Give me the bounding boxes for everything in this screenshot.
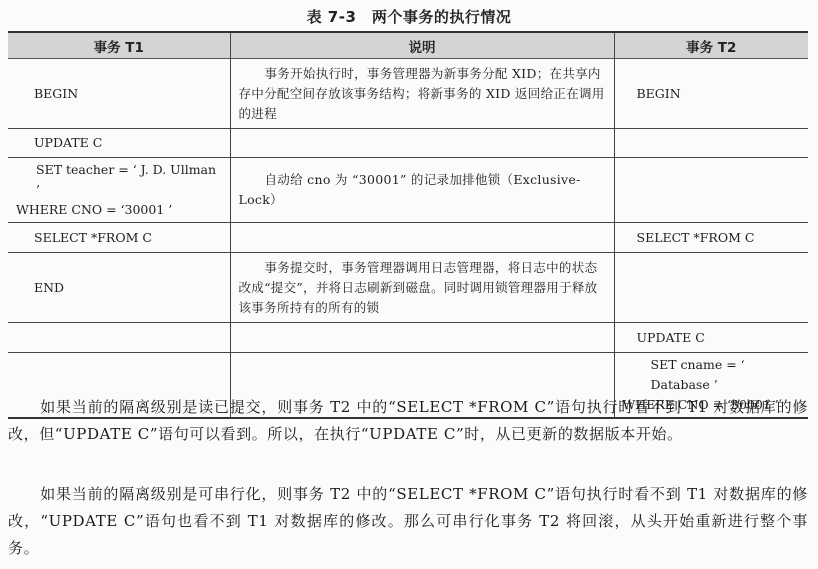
t1-statement: BEGIN	[34, 86, 78, 101]
transaction-table: 事务 T1 说明 事务 T2 BEGIN 事务开始执行时，事务管理器为新事务分配…	[8, 31, 808, 419]
cell-t2	[614, 129, 808, 158]
header-description: 说明	[230, 32, 614, 59]
table-row: SELECT *FROM C SELECT *FROM C	[8, 223, 808, 253]
table-caption: 表 7-3 两个事务的执行情况	[0, 6, 818, 27]
table-header-row: 事务 T1 说明 事务 T2	[8, 32, 808, 59]
t1-statement-line: SET teacher = ‘ J. D. Ullman ’	[18, 160, 222, 200]
cell-description	[230, 129, 614, 158]
cell-t2: UPDATE C	[614, 323, 808, 353]
description-text: 事务提交时，事务管理器调用日志管理器，将日志中的状态改成“提交”，并将日志刷新到…	[239, 260, 598, 315]
cell-description	[230, 223, 614, 253]
cell-description: 自动给 cno 为 “30001” 的记录加排他锁（Exclusive-Lock…	[230, 158, 614, 223]
cell-description	[230, 323, 614, 353]
paragraph-text: 如果当前的隔离级别是可串行化，则事务 T2 中的“SELECT *FROM C”…	[8, 485, 808, 557]
cell-t2: BEGIN	[614, 59, 808, 129]
cell-t1: BEGIN	[8, 59, 230, 129]
t1-statement: END	[34, 280, 64, 295]
paragraph-text: 如果当前的隔离级别是读已提交，则事务 T2 中的“SELECT *FROM C”…	[8, 398, 808, 443]
header-t2: 事务 T2	[614, 32, 808, 59]
paragraph-serializable: 如果当前的隔离级别是可串行化，则事务 T2 中的“SELECT *FROM C”…	[8, 481, 808, 562]
cell-t2	[614, 253, 808, 323]
table-row: BEGIN 事务开始执行时，事务管理器为新事务分配 XID；在共享内存中分配空间…	[8, 59, 808, 129]
paragraph-read-committed: 如果当前的隔离级别是读已提交，则事务 T2 中的“SELECT *FROM C”…	[8, 394, 808, 448]
header-t1: 事务 T1	[8, 32, 230, 59]
cell-t2	[614, 158, 808, 223]
cell-t1: END	[8, 253, 230, 323]
table-row: UPDATE C	[8, 323, 808, 353]
cell-t2: SELECT *FROM C	[614, 223, 808, 253]
description-text: 事务开始执行时，事务管理器为新事务分配 XID；在共享内存中分配空间存放该事务结…	[239, 66, 605, 121]
cell-t1: UPDATE C	[8, 129, 230, 158]
table-row: END 事务提交时，事务管理器调用日志管理器，将日志中的状态改成“提交”，并将日…	[8, 253, 808, 323]
t2-statement: BEGIN	[637, 86, 681, 101]
cell-description: 事务开始执行时，事务管理器为新事务分配 XID；在共享内存中分配空间存放该事务结…	[230, 59, 614, 129]
cell-t1: SELECT *FROM C	[8, 223, 230, 253]
table-row: UPDATE C	[8, 129, 808, 158]
t2-statement: UPDATE C	[637, 330, 705, 345]
table-row: SET teacher = ‘ J. D. Ullman ’ WHERE CNO…	[8, 158, 808, 223]
cell-t1: SET teacher = ‘ J. D. Ullman ’ WHERE CNO…	[8, 158, 230, 223]
t1-statement: SELECT *FROM C	[34, 230, 152, 245]
t2-statement: SELECT *FROM C	[637, 230, 755, 245]
cell-t1	[8, 323, 230, 353]
description-text: 自动给 cno 为 “30001” 的记录加排他锁（Exclusive-Lock…	[239, 172, 581, 207]
t1-statement-line: WHERE CNO = ‘30001 ’	[16, 200, 222, 220]
cell-description: 事务提交时，事务管理器调用日志管理器，将日志中的状态改成“提交”，并将日志刷新到…	[230, 253, 614, 323]
t2-statement-line: SET cname = ‘ Database ’	[633, 355, 801, 395]
t1-statement: UPDATE C	[34, 135, 102, 150]
